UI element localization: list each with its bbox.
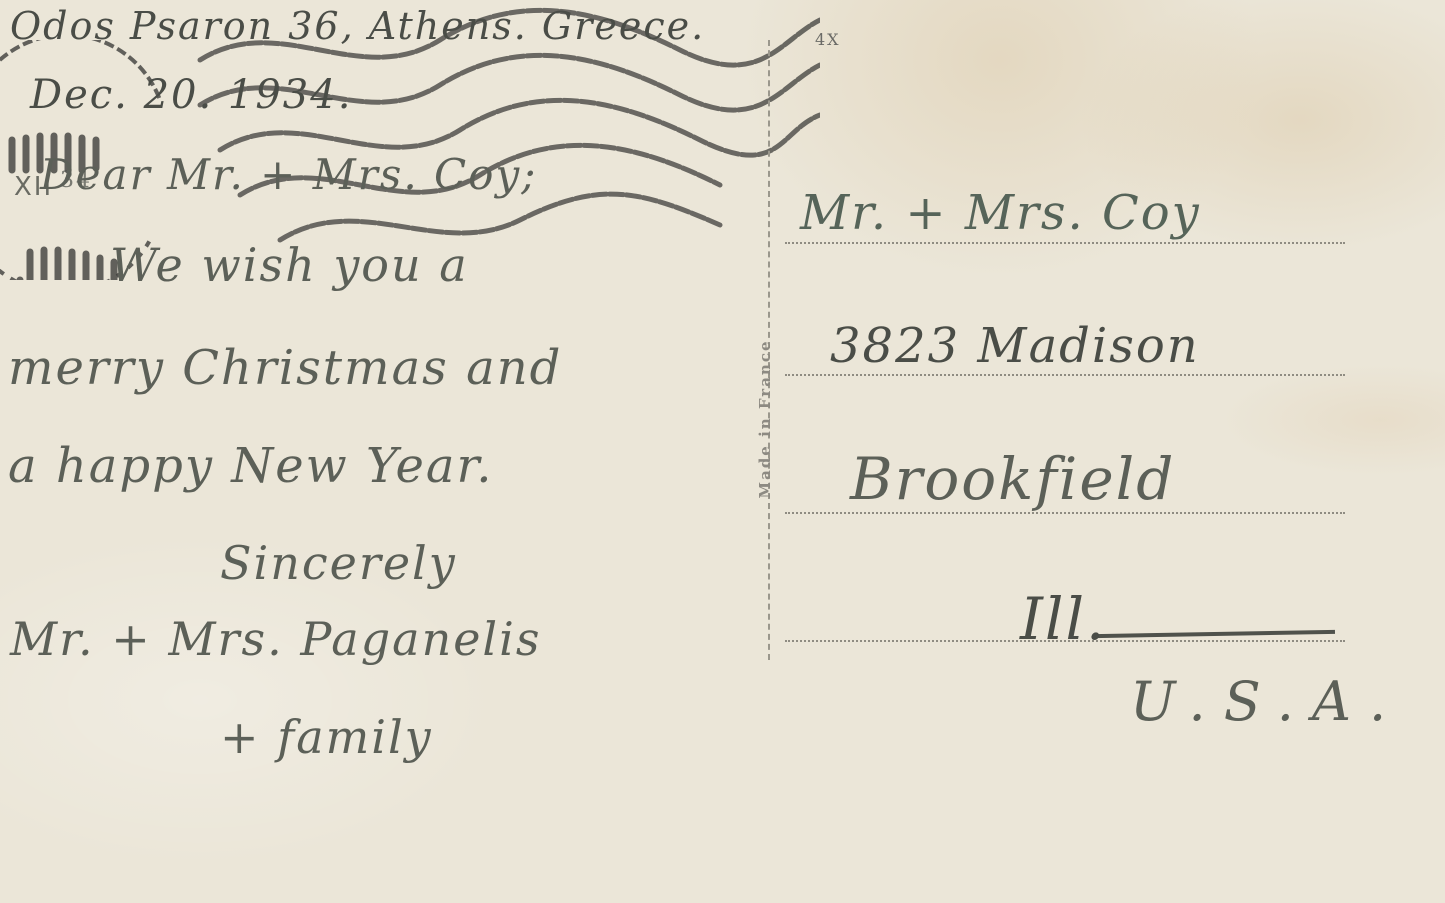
recipient-street: 3823 Madison — [830, 318, 1200, 374]
recipient-country: U.S.A. — [1130, 670, 1404, 733]
signature-line-1: Mr. + Mrs. Paganelis — [10, 612, 541, 666]
underline-stroke — [1095, 630, 1335, 638]
recipient-city: Brookfield — [850, 445, 1175, 513]
message-date: Dec. 20. 1934. — [30, 72, 352, 118]
signature-line-2: + family — [220, 710, 433, 764]
corner-mark: 4X — [815, 30, 841, 49]
closing: Sincerely — [220, 536, 457, 590]
message-line-3: a happy New Year. — [8, 438, 493, 494]
address-rule-1 — [785, 242, 1345, 244]
postcard-back: XII 34 Odos Psaron 36, Athens. Greece. 4… — [0, 0, 1445, 903]
salutation: Dear Mr. + Mrs. Coy; — [40, 150, 537, 199]
message-line-2: merry Christmas and — [8, 340, 562, 396]
message-line-1: We wish you a — [110, 238, 469, 292]
address-rule-2 — [785, 374, 1345, 376]
recipient-state: Ill. — [1020, 585, 1106, 653]
sender-address: Odos Psaron 36, Athens. Greece. — [10, 4, 705, 48]
made-in-france-imprint: Made in France — [756, 279, 774, 559]
recipient-name: Mr. + Mrs. Coy — [800, 185, 1201, 241]
